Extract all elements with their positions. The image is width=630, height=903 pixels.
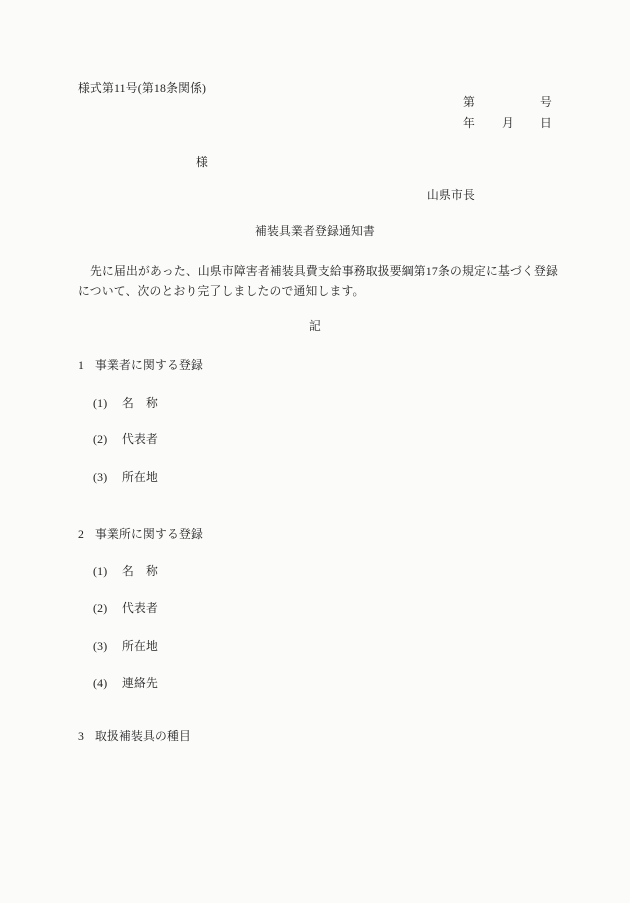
date-year-label: 年 [463, 117, 475, 130]
section-2-item-1-label: 名 称 [122, 565, 158, 578]
sender-name: 山県市長 [427, 189, 475, 202]
addressee-honorific: 様 [196, 156, 208, 169]
record-marker: 記 [0, 320, 630, 333]
date-day-label: 日 [540, 117, 552, 130]
section-1-item-1-label: 名 称 [122, 397, 158, 410]
section-1-item-1-number: (1) [93, 397, 107, 410]
section-2-item-4-label: 連絡先 [122, 677, 158, 690]
section-3-heading: 取扱補装具の種目 [95, 730, 191, 743]
form-number: 様式第11号(第18条関係) [78, 82, 206, 95]
doc-number-suffix: 号 [540, 96, 552, 109]
body-paragraph-line2: について、次のとおり完了しましたので通知します。 [78, 285, 365, 298]
section-3-number: 3 [78, 730, 84, 743]
document-title: 補装具業者登録通知書 [0, 225, 630, 238]
date-month-label: 月 [502, 117, 514, 130]
section-1-item-2-number: (2) [93, 433, 107, 446]
document-page: 様式第11号(第18条関係) 第 号 年 月 日 様 山県市長 補装具業者登録通… [0, 0, 630, 903]
section-1-item-3-number: (3) [93, 471, 107, 484]
section-2-item-3-number: (3) [93, 640, 107, 653]
section-2-item-3-label: 所在地 [122, 640, 158, 653]
section-2-number: 2 [78, 528, 84, 541]
section-1-number: 1 [78, 359, 84, 372]
section-2-item-2-label: 代表者 [122, 602, 158, 615]
section-1-item-2-label: 代表者 [122, 433, 158, 446]
section-2-heading: 事業所に関する登録 [95, 528, 203, 541]
doc-number-prefix: 第 [463, 96, 475, 109]
section-2-item-1-number: (1) [93, 565, 107, 578]
section-1-item-3-label: 所在地 [122, 471, 158, 484]
body-paragraph-line1: 先に届出があった、山県市障害者補装具費支給事務取扱要綱第17条の規定に基づく登録 [78, 265, 558, 278]
section-2-item-4-number: (4) [93, 677, 107, 690]
section-2-item-2-number: (2) [93, 602, 107, 615]
section-1-heading: 事業者に関する登録 [95, 359, 203, 372]
